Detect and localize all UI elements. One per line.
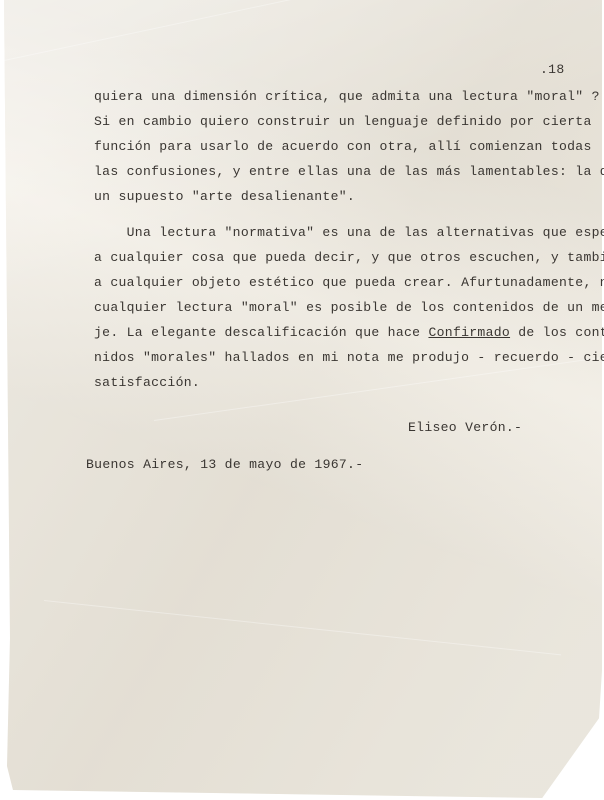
text-line-3: función para usarlo de acuerdo con otra,…: [94, 139, 592, 154]
text-line-8: a cualquier objeto estético que pueda cr…: [94, 275, 604, 290]
paper-crease: [44, 600, 561, 655]
signature: Eliseo Verón.-: [408, 420, 522, 435]
text-line-5: un supuesto "arte desalienante".: [94, 189, 355, 204]
text-line-10: je. La elegante descalificación que hace…: [94, 325, 604, 340]
text-line-6: Una lectura "normativa" es una de las al…: [94, 225, 604, 240]
paper-crease: [4, 0, 327, 61]
text-segment: je. La elegante descalificación que hace: [94, 325, 428, 340]
text-segment: de los conte-: [510, 325, 604, 340]
text-line-11: nidos "morales" hallados en mi nota me p…: [94, 350, 604, 365]
underlined-publication-name: Confirmado: [428, 325, 510, 340]
text-line-2: Si en cambio quiero construir un lenguaj…: [94, 114, 592, 129]
text-line-1: quiera una dimensión crítica, que admita…: [94, 89, 600, 104]
text-line-4: las confusiones, y entre ellas una de la…: [94, 164, 604, 179]
text-line-12: satisfacción.: [94, 375, 200, 390]
text-line-9: cualquier lectura "moral" es posible de …: [94, 300, 604, 315]
text-line-7: a cualquier cosa que pueda decir, y que …: [94, 250, 604, 265]
page-number: .18: [540, 62, 564, 77]
paper-crease: [154, 357, 600, 421]
place-date: Buenos Aires, 13 de mayo de 1967.-: [86, 457, 363, 472]
